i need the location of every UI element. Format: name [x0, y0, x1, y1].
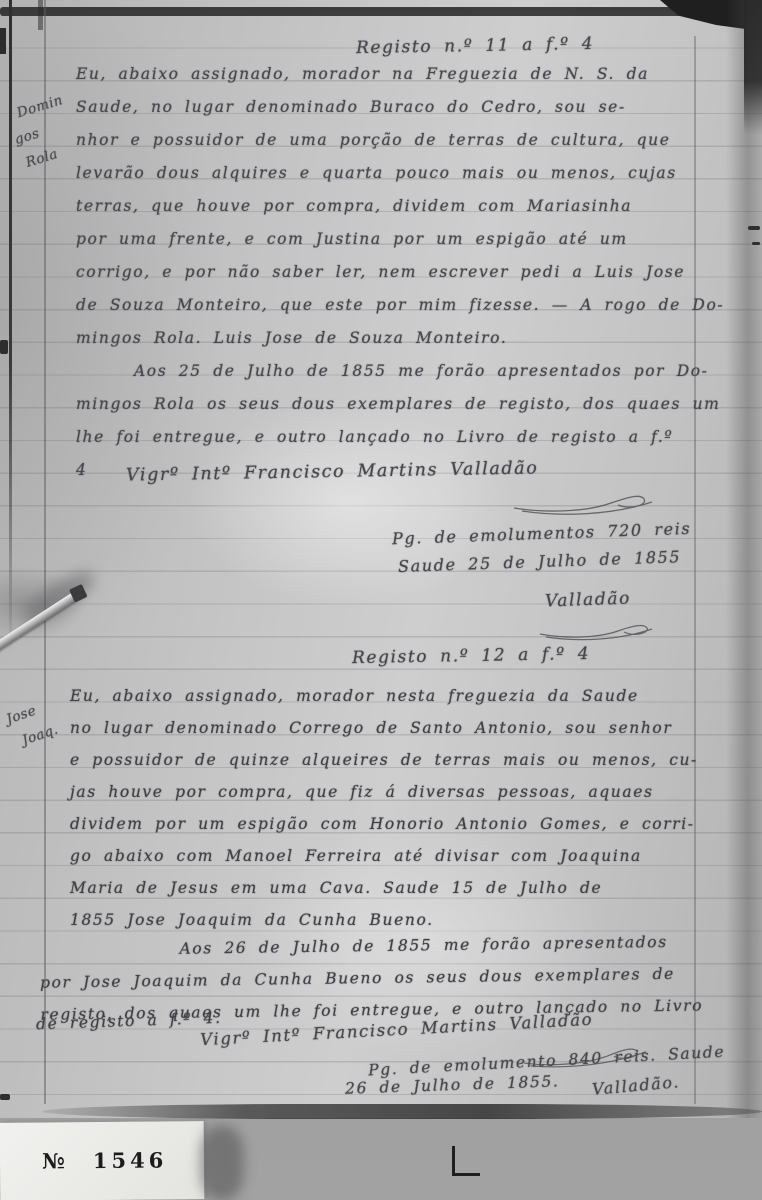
stamp-prefix: №: [42, 1148, 67, 1173]
handwritten-line: lhe foi entregue, e outro lançado no Liv…: [76, 421, 716, 454]
top-edge-shadow: [0, 7, 762, 16]
edge-speck: [0, 1094, 10, 1100]
edge-speck: [752, 242, 760, 245]
signature-flourish-icon: [536, 618, 656, 644]
handwritten-line: Eu, abaixo assignado, morador nesta freg…: [70, 680, 714, 712]
handwritten-line: mingos Rola. Luis Jose de Souza Monteiro…: [76, 322, 716, 355]
record-11-header: Registo n.º 11 a f.º 4: [356, 34, 595, 58]
handwritten-line: Aos 25 de Julho de 1855 me forão apresen…: [76, 355, 716, 388]
scanned-register-page: Domin gos Rola Jose Joaq. Registo n.º 11…: [0, 0, 762, 1200]
handwritten-line: Eu, abaixo assignado, morador na Freguez…: [76, 58, 716, 91]
handwritten-line: dividem por um espigão com Honorio Anton…: [70, 808, 714, 840]
handwritten-line: no lugar denominado Corrego de Santo Ant…: [70, 712, 714, 744]
left-edge-mark: [0, 28, 6, 54]
handwritten-line: go abaixo com Manoel Ferreira até divisa…: [70, 840, 714, 872]
margin-note-jose-joaq: Jose Joaq.: [3, 694, 62, 756]
number-card: №1546: [0, 1121, 204, 1200]
handwritten-line: corrigo, e por não saber ler, nem escrev…: [76, 256, 716, 289]
handwritten-line: nhor e possuidor de uma porção de terras…: [76, 124, 716, 157]
edge-speck: [748, 226, 760, 230]
handwritten-line: levarão dous alquires e quarta pouco mai…: [76, 157, 716, 190]
handwritten-line: de Souza Monteiro, que este por mim fize…: [76, 289, 716, 322]
handwritten-line: mingos Rola os seus dous exemplares de r…: [76, 388, 716, 421]
record-12-signature: Valladão.: [591, 1072, 680, 1099]
ruled-paper: Domin gos Rola Jose Joaq. Registo n.º 11…: [0, 0, 762, 1118]
card-edge-smudge: [200, 1126, 244, 1200]
handwritten-line: por uma frente, e com Justina por um esp…: [76, 223, 716, 256]
page-bottom-edge-shadow: [42, 1104, 762, 1119]
stamp-number: 1546: [93, 1147, 168, 1173]
handwritten-line: jas houve por compra, que fiz á diversas…: [70, 776, 714, 808]
record-11-signature: Valladão: [545, 589, 632, 612]
record-11-body: Eu, abaixo assignado, morador na Freguez…: [76, 58, 716, 355]
record-11-date-line: Saude 25 de Julho de 1855: [398, 547, 682, 576]
corner-registration-mark-icon: [452, 1146, 480, 1176]
record-12-header: Registo n.º 12 a f.º 4: [352, 644, 591, 668]
handwritten-line: terras, que houve por compra, dividem co…: [76, 190, 716, 223]
record-11-fee-line: Pg. de emolumentos 720 reis: [392, 519, 692, 548]
left-edge-line: [9, 0, 12, 655]
page-fold-shadow: [726, 0, 762, 1118]
signature-flourish-icon: [510, 488, 660, 520]
margin-note-domingos-rola: Domin gos Rola: [4, 88, 81, 176]
page-number-stamp: №1546: [42, 1147, 167, 1173]
record-12-body: Eu, abaixo assignado, morador nesta freg…: [70, 680, 714, 936]
handwritten-line: Maria de Jesus em uma Cava. Saude 15 de …: [70, 872, 714, 904]
handwritten-line: Saude, no lugar denominado Buraco do Ced…: [76, 91, 716, 124]
handwritten-line: e possuidor de quinze alqueires de terra…: [70, 744, 714, 776]
top-left-mark: [38, 0, 43, 30]
edge-speck: [0, 340, 8, 354]
